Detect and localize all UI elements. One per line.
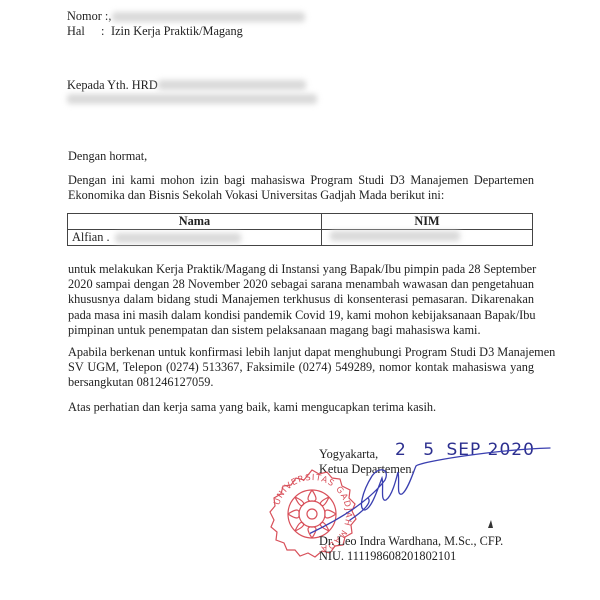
redacted-nomor — [112, 12, 305, 22]
nomor-value: , — [108, 9, 111, 23]
hal-colon: : — [101, 24, 111, 39]
col-header-nama: Nama — [68, 214, 322, 230]
intro-paragraph: Dengan ini kami mohon izin bagi mahasisw… — [68, 173, 534, 203]
redacted-recipient-address — [67, 94, 317, 104]
body-line: pimpinan untuk penempatan dan sistem pel… — [68, 323, 534, 338]
contact-paragraph: Apabila berkenan untuk konfirmasi lebih … — [68, 345, 534, 391]
intro-line: Ekonomika dan Bisnis Sekolah Vokasi Univ… — [68, 188, 534, 203]
closing: Atas perhatian dan kerja sama yang baik,… — [68, 400, 436, 415]
signatory-name: Dr. Leo Indra Wardhana, M.Sc., CFP. — [319, 534, 503, 549]
body-line: 2020 sampai dengan 28 November 2020 seba… — [68, 277, 534, 292]
contact-line: Apabila berkenan untuk konfirmasi lebih … — [68, 345, 534, 360]
nomor-label: Nomor : — [67, 9, 108, 23]
hal-value: Izin Kerja Praktik/Magang — [111, 24, 243, 38]
contact-line: bersangkutan 081246127059. — [68, 375, 534, 390]
nomor-line: Nomor :, — [67, 9, 111, 24]
recipient: Kepada Yth. HRD — [67, 78, 158, 93]
body-line: pada masa ini masih dalam kondisi pandem… — [68, 308, 534, 323]
body-line: khususnya dalam bidang studi Manajemen t… — [68, 292, 534, 307]
signatory-niu: NIU. 1111986082018021​01 — [319, 549, 456, 564]
body-paragraph: untuk melakukan Kerja Praktik/Magang di … — [68, 262, 534, 338]
col-header-nim: NIM — [322, 214, 533, 230]
body-line: untuk melakukan Kerja Praktik/Magang di … — [68, 262, 534, 277]
redacted-recipient-name — [158, 80, 306, 90]
contact-line: SV UGM, Telepon (0274) 513367, Faksimile… — [68, 360, 534, 375]
redacted-student-nim — [330, 231, 460, 241]
intro-line: Dengan ini kami mohon izin bagi mahasisw… — [68, 173, 534, 188]
redacted-student-name — [115, 233, 241, 243]
hal-line: Hal:Izin Kerja Praktik/Magang — [67, 24, 243, 39]
greeting: Dengan hormat, — [68, 149, 147, 164]
hal-label: Hal — [67, 24, 101, 39]
